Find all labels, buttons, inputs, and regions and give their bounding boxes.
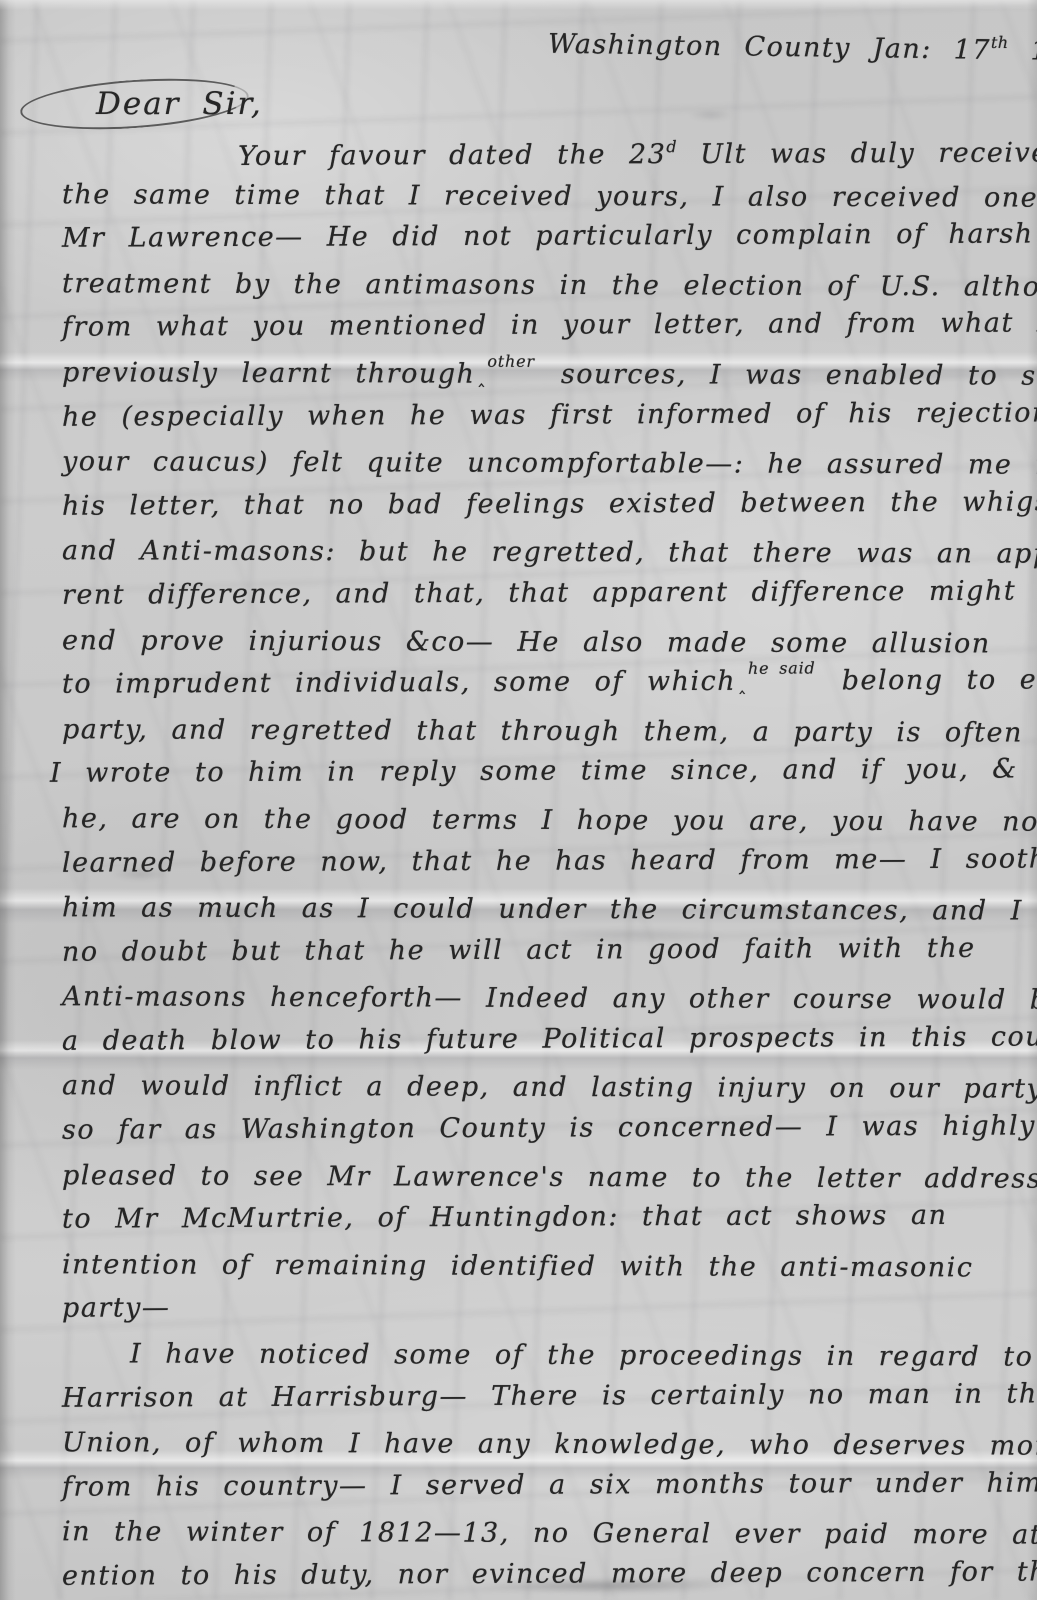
line-superscript: d [666, 137, 677, 156]
letter-line: I wrote to him in reply some time since,… [0, 748, 1037, 797]
line-text: to imprudent individuals, some of which [62, 666, 736, 700]
letter-line: no doubt but that he will act in good fa… [0, 926, 1037, 975]
letter-line: a death blow to his future Political pro… [0, 1015, 1037, 1064]
line-text: previously learnt through [62, 357, 476, 389]
letter-salutation: Dear Sir, [96, 86, 263, 122]
interlinear-insertion: he said [739, 659, 816, 678]
interlinear-insertion: other [478, 352, 534, 371]
letter-line: his letter, that no bad feelings existed… [0, 480, 1037, 529]
letter-line: from his country— I served a six months … [0, 1461, 1037, 1510]
letter-body: Your favour dated the 23d Ult was duly r… [0, 128, 1037, 1600]
line-text: sources, I was enabled to see that, [538, 359, 1037, 392]
letter-line: learned before now, that he has heard fr… [0, 837, 1037, 886]
letter-line: Your favour dated the 23d Ult was duly r… [0, 123, 1037, 172]
letter-line: rent difference, and that, that apparent… [0, 569, 1037, 618]
letter-line: to imprudent individuals, some of whichh… [0, 659, 1037, 708]
page-edge-shadow [0, 0, 1037, 10]
letter-line: he (especially when he was first informe… [0, 391, 1037, 440]
letter-dateline: Washington County Jan: 17th 1835 [548, 27, 1028, 67]
dateline-year: 1835 [1008, 35, 1037, 67]
line-text: Ult was duly received- at [677, 137, 1037, 170]
line-text: Your favour dated the 23 [238, 139, 666, 172]
letter-line: so far as Washington County is concerned… [0, 1105, 1037, 1154]
dateline-superscript: th [991, 33, 1009, 52]
line-text: belong to every [819, 664, 1037, 696]
letter-line: party— [0, 1283, 1037, 1332]
letter-line: Mr Lawrence— He did not particularly com… [0, 213, 1037, 262]
letter-line: ention to his duty, nor evinced more dee… [0, 1550, 1037, 1599]
ink-smudge [688, 109, 734, 121]
letter-line: from what you mentioned in your letter, … [0, 302, 1037, 351]
letter-page: Washington County Jan: 17th 1835 Dear Si… [0, 0, 1037, 1600]
letter-line: to Mr McMurtrie, of Huntingdon: that act… [0, 1194, 1037, 1243]
dateline-place-date: Washington County Jan: 17 [548, 29, 991, 66]
letter-line: Harrison at Harrisburg— There is certain… [0, 1372, 1037, 1421]
